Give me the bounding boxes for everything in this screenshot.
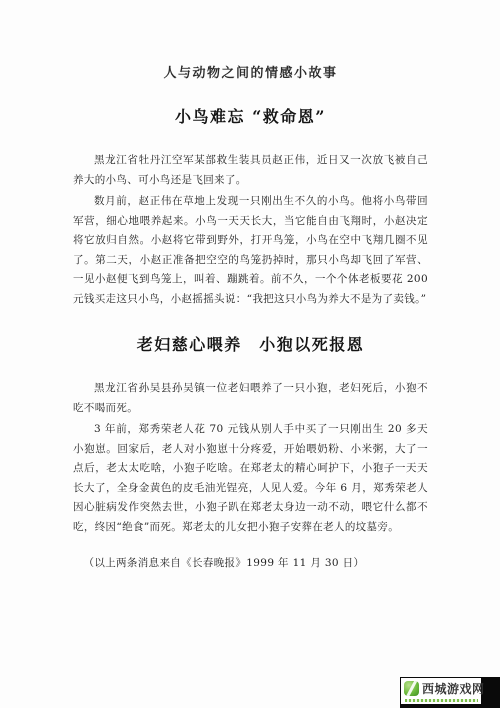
document-content: 人与动物之间的情感小故事 小鸟难忘 “救命恩” 黑龙江省牡丹江空军某部救生装具员… bbox=[0, 0, 500, 708]
story1-paragraph-2: 数月前，赵正伟在草地上发现一只刚出生不久的小鸟。他将小鸟带回军营，细心地喂养起来… bbox=[73, 192, 428, 309]
story1-paragraph-1: 黑龙江省牡丹江空军某部救生装具员赵正伟，近日又一次放飞被自己养大的小鸟、可小鸟还… bbox=[73, 151, 428, 190]
xicheng-logo-icon bbox=[404, 681, 419, 696]
story1-heading: 小鸟难忘 “救命恩” bbox=[73, 104, 428, 127]
watermark-row: 西城游戏网 bbox=[401, 678, 481, 697]
page-title: 人与动物之间的情感小故事 bbox=[73, 62, 428, 81]
watermark-site-name: 西城游戏网 bbox=[422, 680, 485, 697]
watermark-panel: 西城游戏网 bbox=[401, 678, 481, 704]
source-citation: （以上两条消息来自《长春晚报》1999 年 11 月 30 日） bbox=[73, 554, 428, 574]
site-watermark: 西城游戏网 bbox=[400, 677, 500, 708]
story2-paragraph-2: 3 年前，郑秀荣老人花 70 元钱从别人手中买了一只刚出生 20 多天小狍崽。回… bbox=[73, 420, 428, 537]
story2-heading: 老妇慈心喂养 小狍以死报恩 bbox=[73, 332, 428, 355]
watermark-tagline-strip bbox=[405, 699, 478, 702]
story2-paragraph-1: 黑龙江省孙吴县孙吴镇一位老妇喂养了一只小狍，老妇死后，小狍不吃不喝而死。 bbox=[73, 379, 428, 418]
document-page: 人与动物之间的情感小故事 小鸟难忘 “救命恩” 黑龙江省牡丹江空军某部救生装具员… bbox=[0, 0, 500, 708]
